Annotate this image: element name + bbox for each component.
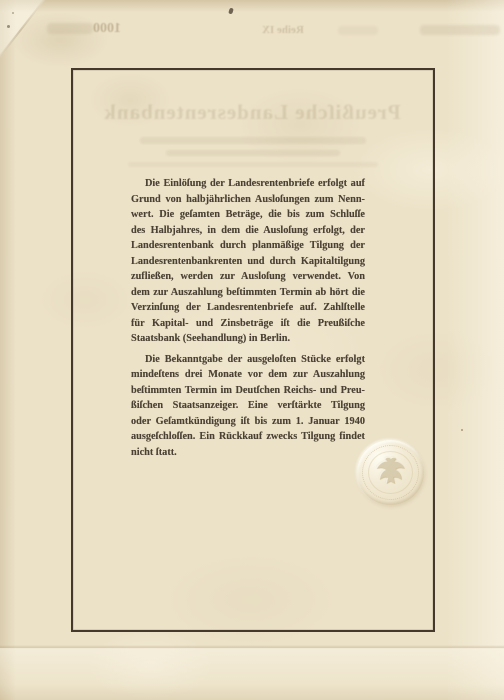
bleedthrough-denomination: 1000 xyxy=(93,21,121,37)
text-line: Landesrentenbank durch planmäßige Tilgun… xyxy=(131,238,365,254)
paper-edge-shading-top xyxy=(0,0,504,12)
text-line: mindeſtens drei Monate vor dem zur Ausza… xyxy=(131,367,365,383)
text-line: nicht ſtatt. xyxy=(131,445,365,461)
bleedthrough-heading: Preußiſche Landesrentenbank xyxy=(84,100,420,125)
text-line: des Halbjahres, in dem die Ausloſung erf… xyxy=(131,223,365,239)
bleedthrough-smudge xyxy=(140,137,366,144)
text-line: beſtimmten Termin im Deutſchen Reichs- u… xyxy=(131,383,365,399)
paper-speck xyxy=(7,25,10,28)
paragraph-redemption: Die Einlöſung der Landesrentenbriefe erf… xyxy=(131,176,365,347)
paper-speck xyxy=(12,12,14,14)
bleedthrough-smudge xyxy=(47,23,93,34)
text-line: Grund von halbjährlichen Ausloſungen zum… xyxy=(131,192,365,208)
paper-edge-shading-left xyxy=(0,0,16,700)
text-line: wert. Die geſamten Beträge, die bis zum … xyxy=(131,207,365,223)
bleedthrough-smudge xyxy=(338,26,378,35)
text-line: Verzinſung der Landesrentenbriefe auf. Z… xyxy=(131,300,365,316)
paper-speck xyxy=(461,429,463,431)
bleedthrough-smudge xyxy=(128,162,378,167)
bleedthrough-smudge xyxy=(420,25,500,35)
bleedthrough-series: Reihe IX xyxy=(262,24,304,36)
text-line: ausgeſchloſſen. Ein Rückkauf zwecks Tilg… xyxy=(131,429,365,445)
text-line: zufließen, werden zur Ausloſung verwende… xyxy=(131,269,365,285)
paragraph-announcement: Die Bekanntgabe der ausgeloſten Stücke e… xyxy=(131,352,365,461)
paper-speck xyxy=(228,8,234,15)
text-line: oder Geſamtkündigung iſt bis zum 1. Janu… xyxy=(131,414,365,430)
paper-light-band-right xyxy=(446,0,504,700)
text-line: Die Bekanntgabe der ausgeloſten Stücke e… xyxy=(131,352,365,368)
text-line: Landesrentenbankrenten und durch Kapital… xyxy=(131,254,365,270)
bleedthrough-smudge xyxy=(166,150,340,156)
text-line: Die Einlöſung der Landesrentenbriefe erf… xyxy=(131,176,365,192)
text-line: ßiſchen Staatsanzeiger. Eine verſtärkte … xyxy=(131,398,365,414)
text-line: für Kapital- und Zinsbeträge iſt die Pre… xyxy=(131,316,365,332)
text-line: dem zur Auszahlung beſtimmten Termin ab … xyxy=(131,285,365,301)
text-line: Staatsbank (Seehandlung) in Berlin. xyxy=(131,331,365,347)
document-page: 1000 Reihe IX Preußiſche Landesrentenban… xyxy=(0,0,504,700)
paper-bottom-band xyxy=(0,648,504,700)
body-text: Die Einlöſung der Landesrentenbriefe erf… xyxy=(131,176,365,460)
